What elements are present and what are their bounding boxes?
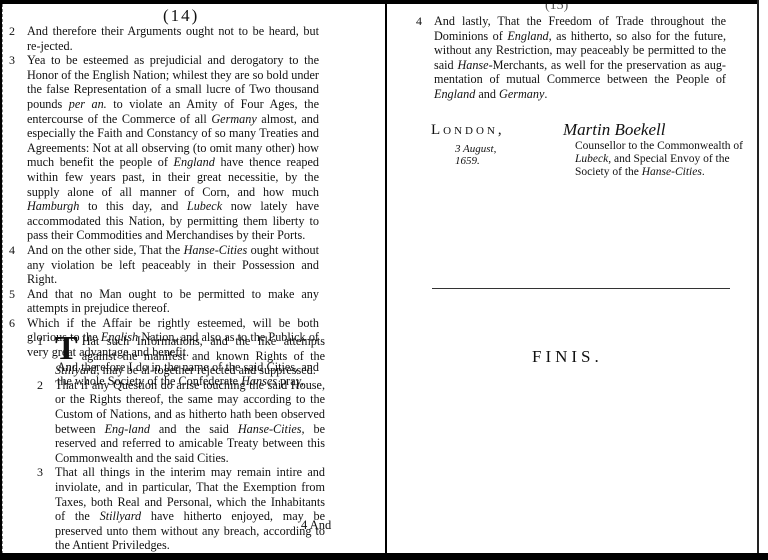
list-item: 5 And that no Man ought to be permitted … <box>27 287 319 316</box>
petitions-list: 1 T Hat such Informations, and the like … <box>55 334 325 553</box>
item-number: 5 <box>9 287 15 302</box>
petition-item: 3 That all things in the interim may rem… <box>55 465 325 553</box>
page-number-left: (14) <box>163 6 199 26</box>
list-item: 2 And therefore their Arguments ought no… <box>27 24 319 53</box>
item-number: 2 <box>9 24 15 39</box>
item-number: 3 <box>9 53 15 68</box>
signature-title: Counsellor to the Commonwealth of Lubeck… <box>575 140 757 179</box>
item-number: 1 <box>37 334 43 349</box>
petition-item: 4 And lastly, That the Freedom of Trade … <box>434 14 726 102</box>
item-number: 3 <box>37 465 43 480</box>
right-page-text: 4 And lastly, That the Freedom of Trade … <box>434 14 726 102</box>
petition-item: 2 That if any Question do arise touching… <box>55 378 325 466</box>
drop-cap: T <box>55 335 78 363</box>
scan-border <box>0 553 768 560</box>
page-number-right: (15) <box>545 4 568 14</box>
signature-name: Martin Boekell <box>563 120 665 140</box>
petition-item: 1 T Hat such Informations, and the like … <box>55 334 325 378</box>
finis-text: FINIS. <box>532 347 603 367</box>
list-item: 3 Yea to be esteemed as prejudicial and … <box>27 53 319 243</box>
right-page: (15) 4 And lastly, That the Freedom of T… <box>387 4 757 554</box>
page-edge <box>757 0 768 560</box>
catchword: 4 And <box>301 518 331 533</box>
signature-date: 3 August, 1659. <box>455 143 496 167</box>
item-number: 2 <box>37 378 43 393</box>
signature-place: London, <box>431 122 505 139</box>
left-page: (14) 2 And therefore their Arguments oug… <box>2 4 385 554</box>
list-item: 4 And on the other side, That the Hanse-… <box>27 243 319 287</box>
horizontal-rule <box>432 288 730 289</box>
item-number: 4 <box>9 243 15 258</box>
item-number: 6 <box>9 316 15 331</box>
item-number: 4 <box>416 14 422 29</box>
